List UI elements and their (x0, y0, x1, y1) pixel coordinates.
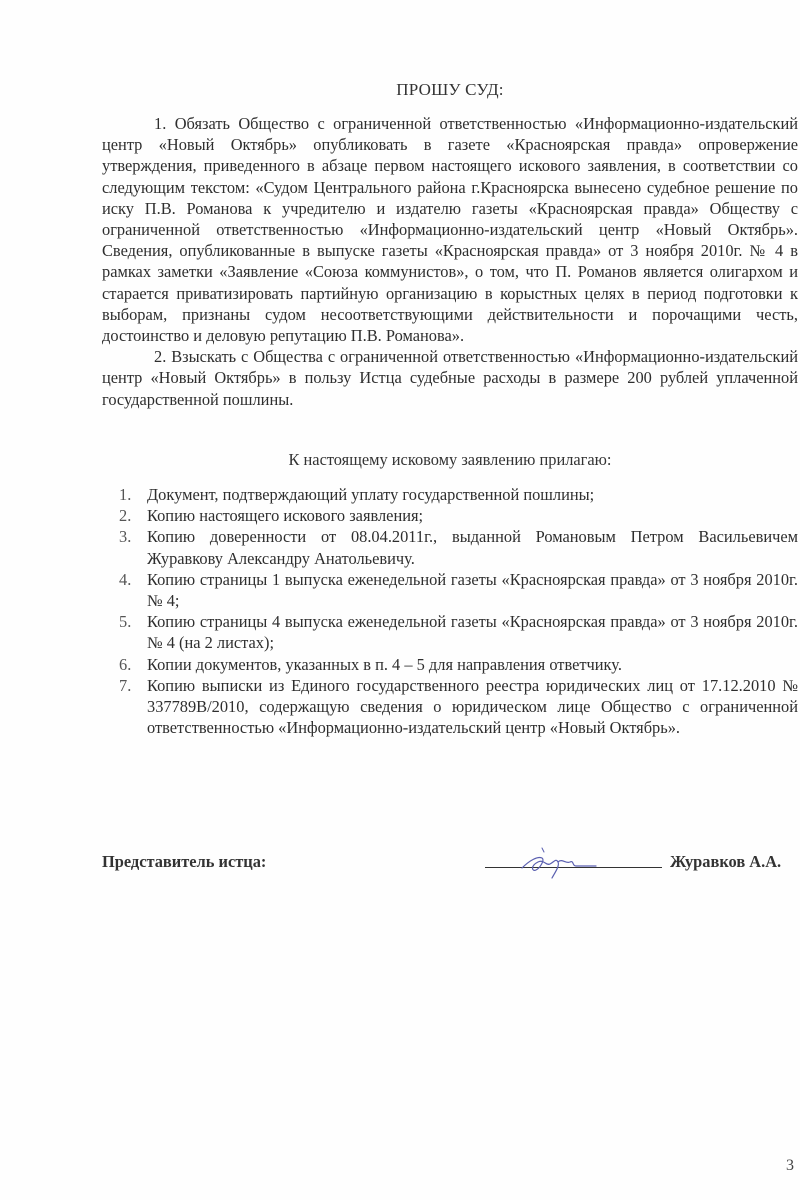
request-text-2: Взыскать с Общества с ограниченной ответ… (102, 347, 798, 408)
attachment-number: 4. (119, 569, 131, 590)
attachment-number: 6. (119, 654, 131, 675)
request-number-1: 1. (154, 114, 166, 133)
attachment-item: 6.Копии документов, указанных в п. 4 – 5… (102, 654, 798, 675)
attachment-item: 1.Документ, подтверждающий уплату госуда… (102, 484, 798, 505)
signatory-name: Журавков А.А. (670, 852, 781, 872)
attachments-list: 1.Документ, подтверждающий уплату госуда… (102, 484, 798, 738)
signature-row: Представитель истца: Журавков А.А. (102, 852, 798, 882)
request-text-1: Обязать Общество с ограниченной ответств… (102, 114, 798, 345)
handwritten-signature-icon (512, 842, 602, 882)
attachment-number: 5. (119, 611, 131, 632)
document-page: ПРОШУ СУД: 1. Обязать Общество с огранич… (0, 0, 800, 1200)
attachment-text: Копии документов, указанных в п. 4 – 5 д… (147, 655, 622, 674)
attachment-text: Копию страницы 1 выпуска еженедельной га… (147, 570, 798, 610)
attachment-item: 5.Копию страницы 4 выпуска еженедельной … (102, 611, 798, 653)
attachment-text: Копию выписки из Единого государственног… (147, 676, 798, 737)
signature-label: Представитель истца: (102, 852, 266, 872)
request-paragraph-2: 2. Взыскать с Общества с ограниченной от… (102, 346, 798, 410)
attachment-item: 2.Копию настоящего искового заявления; (102, 505, 798, 526)
requests-section: 1. Обязать Общество с ограниченной ответ… (102, 113, 798, 410)
attachment-number: 7. (119, 675, 131, 696)
attachment-text: Документ, подтверждающий уплату государс… (147, 485, 594, 504)
attachment-item: 4.Копию страницы 1 выпуска еженедельной … (102, 569, 798, 611)
attachment-number: 3. (119, 526, 131, 547)
attachment-number: 1. (119, 484, 131, 505)
attachment-number: 2. (119, 505, 131, 526)
heading-prosu-sud: ПРОШУ СУД: (0, 80, 800, 100)
attachment-item: 7.Копию выписки из Единого государственн… (102, 675, 798, 739)
request-number-2: 2. (154, 347, 166, 366)
attachment-item: 3.Копию доверенности от 08.04.2011г., вы… (102, 526, 798, 568)
attachment-text: Копию доверенности от 08.04.2011г., выда… (147, 527, 798, 567)
attachment-text: Копию настоящего искового заявления; (147, 506, 423, 525)
attachments-heading: К настоящему исковому заявлению прилагаю… (0, 450, 800, 470)
page-number: 3 (786, 1157, 794, 1175)
request-paragraph-1: 1. Обязать Общество с ограниченной ответ… (102, 113, 798, 346)
attachment-text: Копию страницы 4 выпуска еженедельной га… (147, 612, 798, 652)
